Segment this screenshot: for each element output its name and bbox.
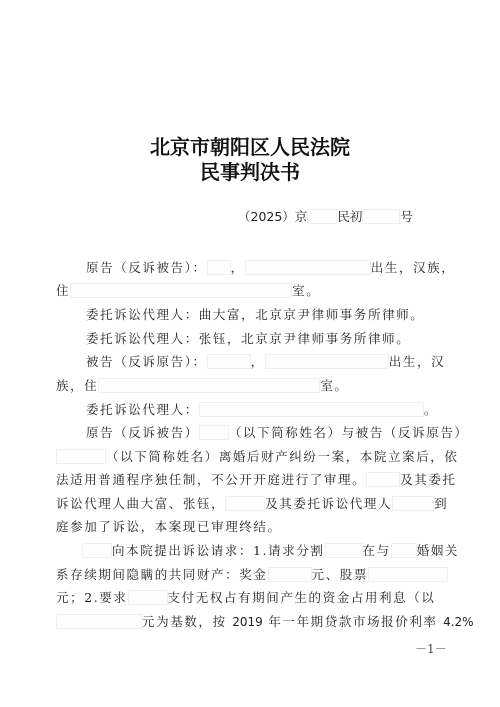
defendant-agent-label: 委托诉讼代理人： — [86, 402, 199, 417]
plaintiff-agent-2: 委托诉讼代理人：张钰，北京京尹律师事务所律师。 — [86, 329, 410, 347]
redacted-field — [70, 283, 292, 298]
redacted-field — [265, 354, 389, 369]
document-type: 民事判决书 — [0, 156, 500, 185]
text: 元；2.要求 — [56, 590, 128, 605]
case-number: （2025）京民初号 — [238, 207, 413, 225]
text: 法适用普通程序独任制，不公开开庭进行了审理。 — [56, 472, 366, 487]
body-line: 元；2.要求支付无权占有期间产生的资金占用利息（以 — [56, 588, 435, 606]
plaintiff-address-line: 住室。 — [56, 281, 320, 299]
address-suffix: 室。 — [292, 283, 320, 298]
body-line: 法适用普通程序独任制，不公开开庭进行了审理。及其委托 — [56, 470, 457, 488]
text: 原告（反诉被告） — [86, 425, 199, 440]
redacted-field — [391, 543, 417, 558]
body-line: 庭参加了诉讼，本案现已审理终结。 — [56, 517, 282, 535]
period: 。 — [424, 402, 438, 417]
redacted-field — [199, 402, 424, 417]
body-line: 诉讼代理人曲大富、张钰，及其委托诉讼代理人到 — [56, 494, 448, 512]
body-line: 系存续期间隐瞒的共同财产：奖金元、股票 — [56, 565, 448, 583]
text: 及其委托 — [400, 472, 456, 487]
redacted-field — [268, 567, 312, 582]
text: 系存续期间隐瞒的共同财产：奖金 — [56, 567, 268, 582]
defendant-birth: 出生，汉 — [389, 354, 445, 369]
redacted-field — [56, 449, 106, 464]
case-suffix: 号 — [400, 209, 413, 224]
text: 在与 — [363, 543, 391, 558]
redacted-field — [128, 590, 168, 605]
comma: ， — [231, 260, 245, 275]
redacted-field — [325, 543, 363, 558]
defendant-label: 被告（反诉原告）： — [86, 354, 207, 369]
address-prefix: 族，住 — [56, 378, 98, 393]
body-line: 向本院提出诉讼请求：1.请求分割在与婚姻关 — [82, 541, 459, 559]
redacted-field — [98, 378, 320, 393]
text: 年一年期贷款市场报价利率 — [268, 614, 437, 629]
case-year: （2025）京 — [238, 209, 307, 224]
year: 2019 — [232, 615, 263, 629]
redacted-field — [56, 614, 142, 629]
address-prefix: 住 — [56, 283, 70, 298]
redacted-field — [82, 543, 112, 558]
page-number: －1－ — [415, 640, 447, 657]
text: （以下简称姓名）与被告（反诉原告） — [229, 425, 469, 440]
redacted-field — [225, 496, 265, 511]
redacted-field — [245, 260, 371, 275]
body-line: （以下简称姓名）离婚后财产纠纷一案，本院立案后，依 — [56, 447, 459, 465]
defendant-agent-line: 委托诉讼代理人：。 — [86, 400, 438, 418]
body-line: 原告（反诉被告）（以下简称姓名）与被告（反诉原告） — [86, 423, 469, 441]
text: 支付无权占有期间产生的资金占用利息（以 — [168, 590, 436, 605]
redacted-field — [207, 354, 251, 369]
plaintiff-label: 原告（反诉被告）： — [86, 260, 207, 275]
rate: 4.2% — [443, 615, 474, 629]
body-line: 元为基数，按 2019 年一年期贷款市场报价利率 4.2% — [56, 612, 474, 630]
redacted-field — [362, 209, 400, 224]
redacted-field — [307, 209, 337, 224]
text: 到 — [434, 496, 448, 511]
text: （以下简称姓名）离婚后财产纠纷一案，本院立案后，依 — [106, 449, 459, 464]
redacted-field — [199, 425, 229, 440]
plaintiff-agent-1: 委托诉讼代理人：曲大富，北京京尹律师事务所律师。 — [86, 305, 424, 323]
text: 向本院提出诉讼请求：1.请求分割 — [112, 543, 325, 558]
defendant-line: 被告（反诉原告）：，出生，汉 — [86, 352, 445, 370]
redacted-field — [392, 496, 434, 511]
comma: ， — [251, 354, 265, 369]
plaintiff-line: 原告（反诉被告）：，出生，汉族， — [86, 258, 455, 276]
redacted-field — [207, 260, 231, 275]
text: 诉讼代理人曲大富、张钰， — [56, 496, 225, 511]
defendant-address-line: 族，住室。 — [56, 376, 349, 394]
address-suffix: 室。 — [320, 378, 348, 393]
plaintiff-birth: 出生，汉族， — [371, 260, 456, 275]
text: 元、股票 — [312, 567, 368, 582]
text: 及其委托诉讼代理人 — [265, 496, 392, 511]
redacted-field — [366, 472, 400, 487]
redacted-field — [368, 567, 448, 582]
text: 元为基数，按 — [142, 614, 227, 629]
case-middle: 民初 — [337, 209, 362, 224]
text: 婚姻关 — [417, 543, 459, 558]
